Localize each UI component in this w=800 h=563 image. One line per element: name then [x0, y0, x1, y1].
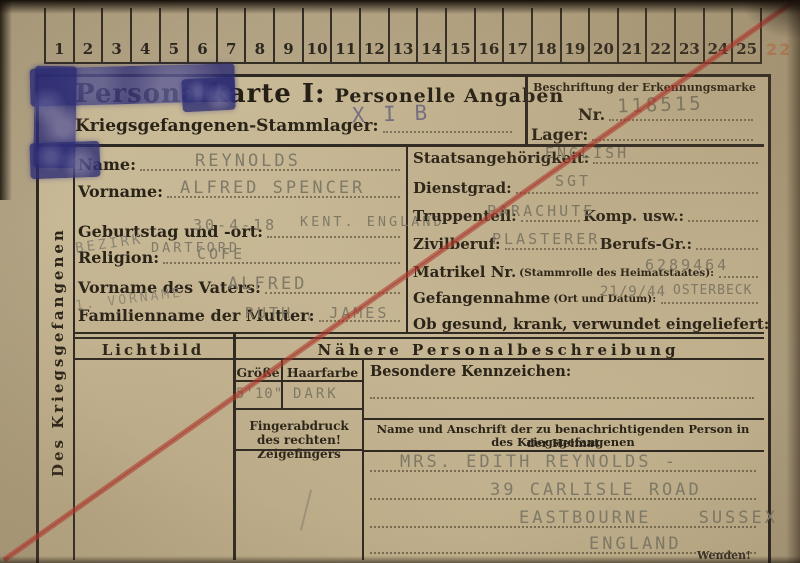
groesse-value: 5'10" [236, 387, 283, 401]
field-geburtstag-value: 30-4-18 [193, 218, 277, 233]
field-label: Matrikel Nr. [413, 265, 516, 280]
pencil-stroke [300, 489, 312, 530]
contact-line: MRS. EDITH REYNOLDS - [400, 454, 678, 471]
field-label: Gefangennahme [413, 291, 550, 306]
scanned-pow-card: 1 2 3 4 5 6 7 8 9 10 11 12 13 14 15 16 1… [0, 0, 800, 563]
strip-number: 17 [502, 8, 531, 62]
subheader-rule [73, 358, 764, 360]
strip-number: 2 [73, 8, 102, 62]
kennzeichen-divider [362, 360, 364, 560]
lager-label: Lager: [531, 127, 588, 143]
strip-number: 18 [531, 8, 560, 62]
field-label-komp: Komp. usw.: [583, 209, 684, 224]
lager-row: Lager: [531, 119, 756, 143]
strip-number: 20 [588, 8, 617, 62]
edge-shadow-right [786, 0, 800, 563]
contact-rule [370, 470, 756, 472]
field-vater-value: ALFRED [228, 276, 307, 293]
nr-value: 118515 [617, 94, 704, 116]
groesse-label: Größe [235, 365, 281, 380]
lichtbild-title: Lichtbild [73, 341, 233, 359]
fingerprint-label-2: des rechten! Zeigefingers [236, 433, 362, 461]
section-separator [73, 332, 764, 339]
side-caption: Des Kriegsgefangenen [49, 237, 67, 477]
strip-number: 13 [388, 8, 417, 62]
number-strip: 1 2 3 4 5 6 7 8 9 10 11 12 13 14 15 16 1… [44, 8, 762, 64]
stammlager-value: X I B [352, 103, 431, 127]
personalkarte-card: Personalkarte I:Personelle Angaben Krieg… [36, 74, 771, 563]
field-dienstgrad-value: SGT [555, 174, 591, 189]
field-truppenteil-value: PARACHUTE [487, 204, 595, 219]
strip-number: 7 [216, 8, 245, 62]
field-staats-value: ENGLISH [545, 146, 629, 161]
value-rule [236, 408, 362, 410]
dotted-leader [383, 131, 512, 133]
dotted-leader [592, 139, 753, 141]
strip-number: 11 [330, 8, 359, 62]
ink-stamp-blob [181, 77, 236, 113]
kennzeichen-label: Besondere Kennzeichen: [370, 365, 571, 380]
kennzeichen-rule [370, 397, 754, 399]
contact-top-rule [362, 418, 764, 420]
field-zivilberuf-value: PLASTERER [492, 232, 600, 247]
contact-heading-2: des Kriegsgefangenen [364, 435, 762, 449]
strip-number: 21 [617, 8, 646, 62]
contact-rule [370, 526, 756, 528]
dotted-leader [521, 220, 580, 222]
field-religion-value: COFE [197, 247, 245, 262]
beschreibung-title: Nähere Personalbeschreibung [233, 341, 764, 359]
strip-number: 10 [302, 8, 331, 62]
strip-number: 6 [187, 8, 216, 62]
dotted-leader [505, 248, 597, 250]
field-label-berufsgr: Berufs-Gr.: [600, 237, 692, 252]
field-label: Ob gesund, krank, verwundet eingeliefert… [413, 317, 769, 332]
dotted-leader [593, 162, 758, 164]
field-name-value: REYNOLDS [195, 153, 301, 170]
dotted-leader [516, 192, 758, 194]
field-gefangennahme-date: 21/9/44 [600, 285, 666, 299]
haarfarbe-label: Haarfarbe [283, 365, 362, 380]
strip-number: 8 [244, 8, 273, 62]
field-obgesund: Ob gesund, krank, verwundet eingeliefert… [413, 308, 761, 332]
contact-line: 39 CARLISLE ROAD [490, 482, 702, 499]
dotted-leader [696, 248, 758, 250]
haarfarbe-value: DARK [293, 387, 339, 401]
strip-number: 23 [674, 8, 703, 62]
strip-number: 15 [445, 8, 474, 62]
colheader-rule [236, 380, 362, 382]
contact-line: ENGLAND [589, 536, 682, 553]
strip-number: 16 [474, 8, 503, 62]
ink-stamp-blob [29, 141, 100, 179]
field-mutter-value: RUTH , JAMES [245, 306, 389, 321]
field-label: Dienstgrad: [413, 181, 512, 196]
dotted-leader [688, 220, 758, 222]
fingerprint-label-1: Fingerabdruck [236, 419, 362, 433]
dotted-leader [719, 276, 758, 278]
stammlager-row: Kriegsgefangenen-Stammlager: [75, 111, 515, 135]
field-label: Vorname: [78, 184, 163, 200]
contact-line: EASTBOURNE SUSSEX [519, 510, 778, 527]
edge-shadow-left [0, 0, 12, 200]
field-label: Zivilberuf: [413, 237, 501, 252]
strip-number: 9 [273, 8, 302, 62]
strip-number: 14 [416, 8, 445, 62]
field-vorname-value: ALFRED SPENCER [180, 180, 365, 197]
strip-number: 19 [560, 8, 589, 62]
dotted-leader [661, 302, 758, 304]
fingerprint-rule [236, 449, 362, 451]
strip-number: 22 [645, 8, 674, 62]
field-matrikel-value: 6289464 [645, 258, 729, 273]
strip-number: 25 [731, 8, 762, 62]
strip-number: 24 [703, 8, 732, 62]
strip-number: 3 [101, 8, 130, 62]
strip-number: 1 [44, 8, 73, 62]
strip-number: 12 [359, 8, 388, 62]
dotted-leader [267, 236, 400, 238]
strip-number: 4 [130, 8, 159, 62]
erkennungsmarke-heading: Beschriftung der Erkennungsmarke [525, 81, 764, 94]
fields-divider [406, 144, 408, 333]
wenden-note: Wenden! [697, 549, 751, 562]
archive-stamp-number: 22 [766, 40, 792, 59]
field-gefangennahme-ort: OSTERBECK [673, 284, 752, 297]
contact-rule [370, 498, 756, 500]
field-label: Religion: [78, 250, 159, 266]
strip-number: 5 [159, 8, 188, 62]
stammlager-label: Kriegsgefangenen-Stammlager: [75, 118, 379, 135]
